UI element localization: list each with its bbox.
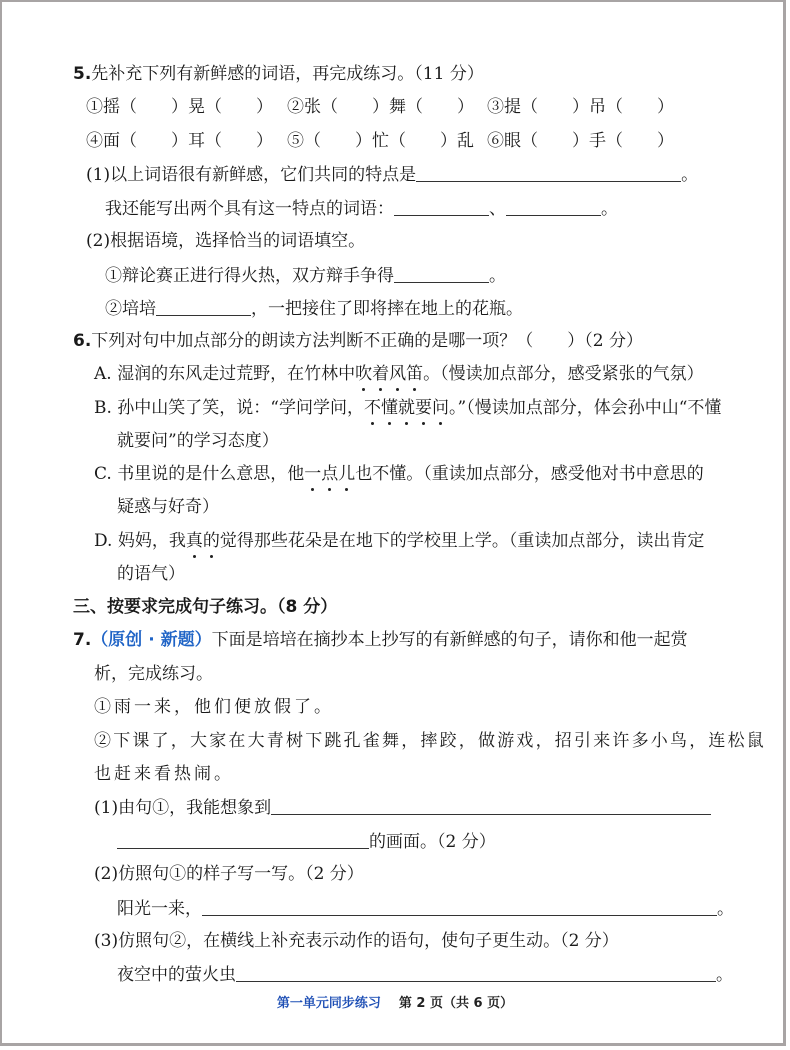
q7-title: 下面是培培在摘抄本上抄写的有新鲜感的句子，请你和他一起赏 bbox=[212, 630, 688, 650]
q6-option-c[interactable]: C. 书里说的是什么意思，他一点儿也不懂。（重读加点部分，感受他对书中意思的 bbox=[94, 463, 704, 485]
emphasis-char: 问 bbox=[432, 397, 449, 419]
q7-part1-cont: 的画面。（2 分） bbox=[117, 830, 496, 853]
q7-part1-tail: 的画面。（2 分） bbox=[369, 832, 496, 852]
q7-part2-prompt: 阳光一来， bbox=[117, 899, 202, 919]
q7-part3-prompt: 夜空中的萤火虫 bbox=[117, 965, 236, 985]
option-text: A. 湿润的东风走过荒野，在竹林中 bbox=[94, 364, 355, 384]
q5-part2-item1-text: ①辩论赛正进行得火热，双方辩手争得 bbox=[105, 266, 394, 286]
emphasis-char: 的 bbox=[203, 530, 220, 552]
footer-unit-title: 第一单元同步练习 bbox=[277, 996, 381, 1011]
dotted-text: 不懂就要问 bbox=[364, 398, 449, 418]
answer-blank[interactable] bbox=[416, 163, 681, 182]
option-text: B. 孙中山笑了笑，说：“学问学问， bbox=[94, 398, 364, 418]
emphasis-char: 一 bbox=[304, 463, 321, 485]
emphasis-char: 就 bbox=[398, 397, 415, 419]
q5-row2-item3: ⑥眼（ ）手（ ） bbox=[487, 130, 674, 152]
emphasis-char: 儿 bbox=[338, 463, 355, 485]
footer-page-number: 第 2 页（共 6 页） bbox=[399, 996, 513, 1011]
q7-part2: (2)仿照句①的样子写一写。（2 分） bbox=[94, 863, 364, 885]
q7-header: 7.（原创 · 新题）下面是培培在摘抄本上抄写的有新鲜感的句子，请你和他一起赏 bbox=[73, 629, 688, 651]
q6-number: 6. bbox=[73, 331, 91, 351]
section-3-heading: 三、按要求完成句子练习。（8 分） bbox=[73, 596, 337, 618]
q5-row2-item1: ④面（ ）耳（ ） bbox=[86, 130, 273, 152]
period: 。 bbox=[716, 965, 733, 985]
emphasis-char: 不 bbox=[364, 397, 381, 419]
q6-option-d[interactable]: D. 妈妈，我真的觉得那些花朵是在地下的学校里上学。（重读加点部分，读出肯定 bbox=[94, 530, 704, 552]
q5-row1-item3: ③提（ ）吊（ ） bbox=[487, 96, 674, 118]
answer-blank[interactable] bbox=[506, 197, 601, 216]
answer-blank[interactable] bbox=[271, 796, 711, 815]
q5-row1-item2: ②张（ ）舞（ ） bbox=[287, 96, 474, 118]
option-text: 也不懂。（重读加点部分，感受他对书中意思的 bbox=[355, 464, 704, 484]
q7-part3-answer: 夜空中的萤火虫。 bbox=[117, 963, 733, 986]
emphasis-char: 笛 bbox=[406, 363, 423, 385]
answer-blank[interactable] bbox=[156, 297, 251, 316]
dotted-text: 真的 bbox=[186, 531, 220, 551]
q5-part2-item2: ②培培，一把接住了即将摔在地上的花瓶。 bbox=[105, 297, 523, 320]
option-text: C. 书里说的是什么意思，他 bbox=[94, 464, 304, 484]
option-text: 。（慢读加点部分，感受紧张的气氛） bbox=[423, 364, 704, 384]
q5-part1-words: 我还能写出两个具有这一特点的词语：、。 bbox=[105, 197, 618, 220]
q6-option-c-cont: 疑惑与好奇） bbox=[117, 496, 219, 518]
period: 。 bbox=[681, 165, 698, 185]
q6-title: 下列对句中加点部分的朗读方法判断不正确的是哪一项？（ ）（2 分） bbox=[91, 331, 643, 351]
q6-option-a[interactable]: A. 湿润的东风走过荒野，在竹林中吹着风笛。（慢读加点部分，感受紧张的气氛） bbox=[94, 363, 704, 385]
q7-sentence-1: ①雨一来，他们便放假了。 bbox=[94, 696, 334, 718]
emphasis-char: 懂 bbox=[381, 397, 398, 419]
q5-part1: (1)以上词语很有新鲜感，它们共同的特点是。 bbox=[86, 163, 698, 186]
page-footer: 第一单元同步练习第 2 页（共 6 页） bbox=[0, 992, 790, 1011]
q7-sentence-2: ②下课了，大家在大青树下跳孔雀舞，摔跤，做游戏，招引来许多小鸟，连松鼠 bbox=[94, 730, 766, 752]
period: 。 bbox=[489, 266, 506, 286]
q7-part2-answer: 阳光一来，。 bbox=[117, 897, 734, 920]
answer-blank[interactable] bbox=[394, 197, 489, 216]
q7-title-cont: 析，完成练习。 bbox=[94, 663, 213, 685]
q7-sentence-2-cont: 也赶来看热闹。 bbox=[94, 763, 234, 785]
option-text: D. 妈妈，我 bbox=[94, 531, 186, 551]
emphasis-char: 风 bbox=[389, 363, 406, 385]
answer-blank[interactable] bbox=[117, 830, 369, 849]
answer-blank[interactable] bbox=[394, 264, 489, 283]
emphasis-char: 点 bbox=[321, 463, 338, 485]
q5-row2-item2: ⑤（ ）忙（ ）乱 bbox=[287, 130, 474, 152]
answer-blank[interactable] bbox=[202, 897, 717, 916]
q7-tag-badge: （原创 · 新题） bbox=[91, 630, 211, 650]
q7-number: 7. bbox=[73, 630, 91, 650]
emphasis-char: 真 bbox=[186, 530, 203, 552]
q5-title: 先补充下列有新鲜感的词语，再完成练习。（11 分） bbox=[91, 64, 484, 84]
q6-header: 6.下列对句中加点部分的朗读方法判断不正确的是哪一项？（ ）（2 分） bbox=[73, 330, 643, 352]
q7-part3: (3)仿照句②，在横线上补充表示动作的语句，使句子更生动。（2 分） bbox=[94, 930, 619, 952]
separator: 、 bbox=[489, 199, 506, 219]
q5-part2-item2-text: ②培培 bbox=[105, 299, 156, 319]
q5-part2: (2)根据语境，选择恰当的词语填空。 bbox=[86, 230, 365, 252]
emphasis-char: 吹 bbox=[355, 363, 372, 385]
emphasis-char: 要 bbox=[415, 397, 432, 419]
period: 。 bbox=[717, 899, 734, 919]
q6-option-b-cont: 就要问”的学习态度） bbox=[117, 430, 279, 452]
period: 。 bbox=[601, 199, 618, 219]
q6-option-b[interactable]: B. 孙中山笑了笑，说：“学问学问，不懂就要问。”（慢读加点部分，体会孙中山“不… bbox=[94, 397, 721, 419]
q5-number: 5. bbox=[73, 64, 91, 84]
q5-part2-item1: ①辩论赛正进行得火热，双方辩手争得。 bbox=[105, 264, 506, 287]
q5-header: 5.先补充下列有新鲜感的词语，再完成练习。（11 分） bbox=[73, 63, 484, 85]
q5-row1-item1: ①摇（ ）晃（ ） bbox=[86, 96, 273, 118]
page-border bbox=[0, 0, 786, 1046]
q6-option-d-cont: 的语气） bbox=[117, 563, 185, 585]
dotted-text: 吹着风笛 bbox=[355, 364, 423, 384]
emphasis-char: 着 bbox=[372, 363, 389, 385]
q7-part1: (1)由句①，我能想象到 bbox=[94, 796, 711, 819]
q5-part1-words-text: 我还能写出两个具有这一特点的词语： bbox=[105, 199, 394, 219]
answer-blank[interactable] bbox=[236, 963, 716, 982]
q5-part2-item2-tail: ，一把接住了即将摔在地上的花瓶。 bbox=[251, 299, 523, 319]
q5-part1-text: (1)以上词语很有新鲜感，它们共同的特点是 bbox=[86, 165, 416, 185]
option-text: 。”（慢读加点部分，体会孙中山“不懂 bbox=[449, 398, 721, 418]
q7-part1-text: (1)由句①，我能想象到 bbox=[94, 798, 271, 818]
option-text: 觉得那些花朵是在地下的学校里上学。（重读加点部分，读出肯定 bbox=[220, 531, 705, 551]
dotted-text: 一点儿 bbox=[304, 464, 355, 484]
